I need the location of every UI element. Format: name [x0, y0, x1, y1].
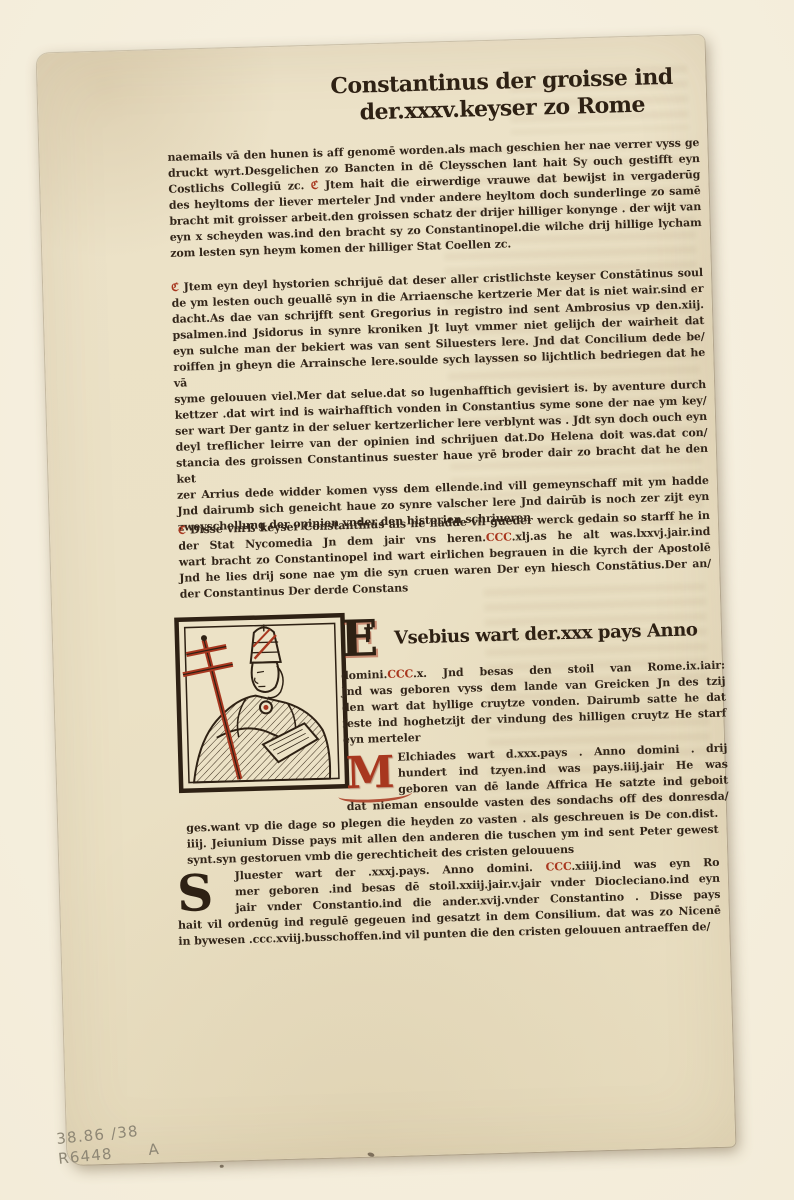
catalog-letter: A — [147, 1139, 160, 1160]
woodcut-initial-S: S — [176, 868, 235, 918]
cross-glyph-icon: † — [364, 622, 374, 641]
manuscript-page: Constantinus der groisse ind der.xxxv.ke… — [37, 35, 736, 1165]
catalog-ref: R6448 — [57, 1144, 113, 1169]
eusebius-heading: Vsebius wart der.xxx pays Anno — [394, 619, 698, 648]
ink-speck — [220, 1165, 224, 1168]
page-heading: Constantinus der groisse ind der.xxxv.ke… — [291, 63, 712, 129]
paragraph-2: ℭ Jtem eyn deyl hystorien schrijuē dat d… — [171, 265, 710, 536]
ink-speck — [367, 1152, 375, 1158]
melchiades-section: M Elchiades wart d.xxx.pays . Anno domin… — [345, 741, 729, 816]
paragraph-1: naemails vā den hunen is aff genomē word… — [167, 135, 702, 262]
pope-woodcut-illustration — [173, 612, 350, 794]
pencil-catalog-annotation: 38.86 /38 R6448 A — [55, 1119, 160, 1169]
decorated-initial-E: E† — [339, 613, 394, 666]
paragraph-3: ℭ Disse vnrß keyser Constantinus als he … — [178, 508, 712, 603]
silvester-section: S Jluester wart der .xxxj.pays. Anno dom… — [176, 855, 721, 950]
rubricated-initial-M: M — [345, 750, 398, 799]
eusebius-section: E† Vsebius wart der.xxx pays Anno domini… — [339, 604, 727, 749]
pope-woodcut-drawing — [173, 612, 350, 794]
